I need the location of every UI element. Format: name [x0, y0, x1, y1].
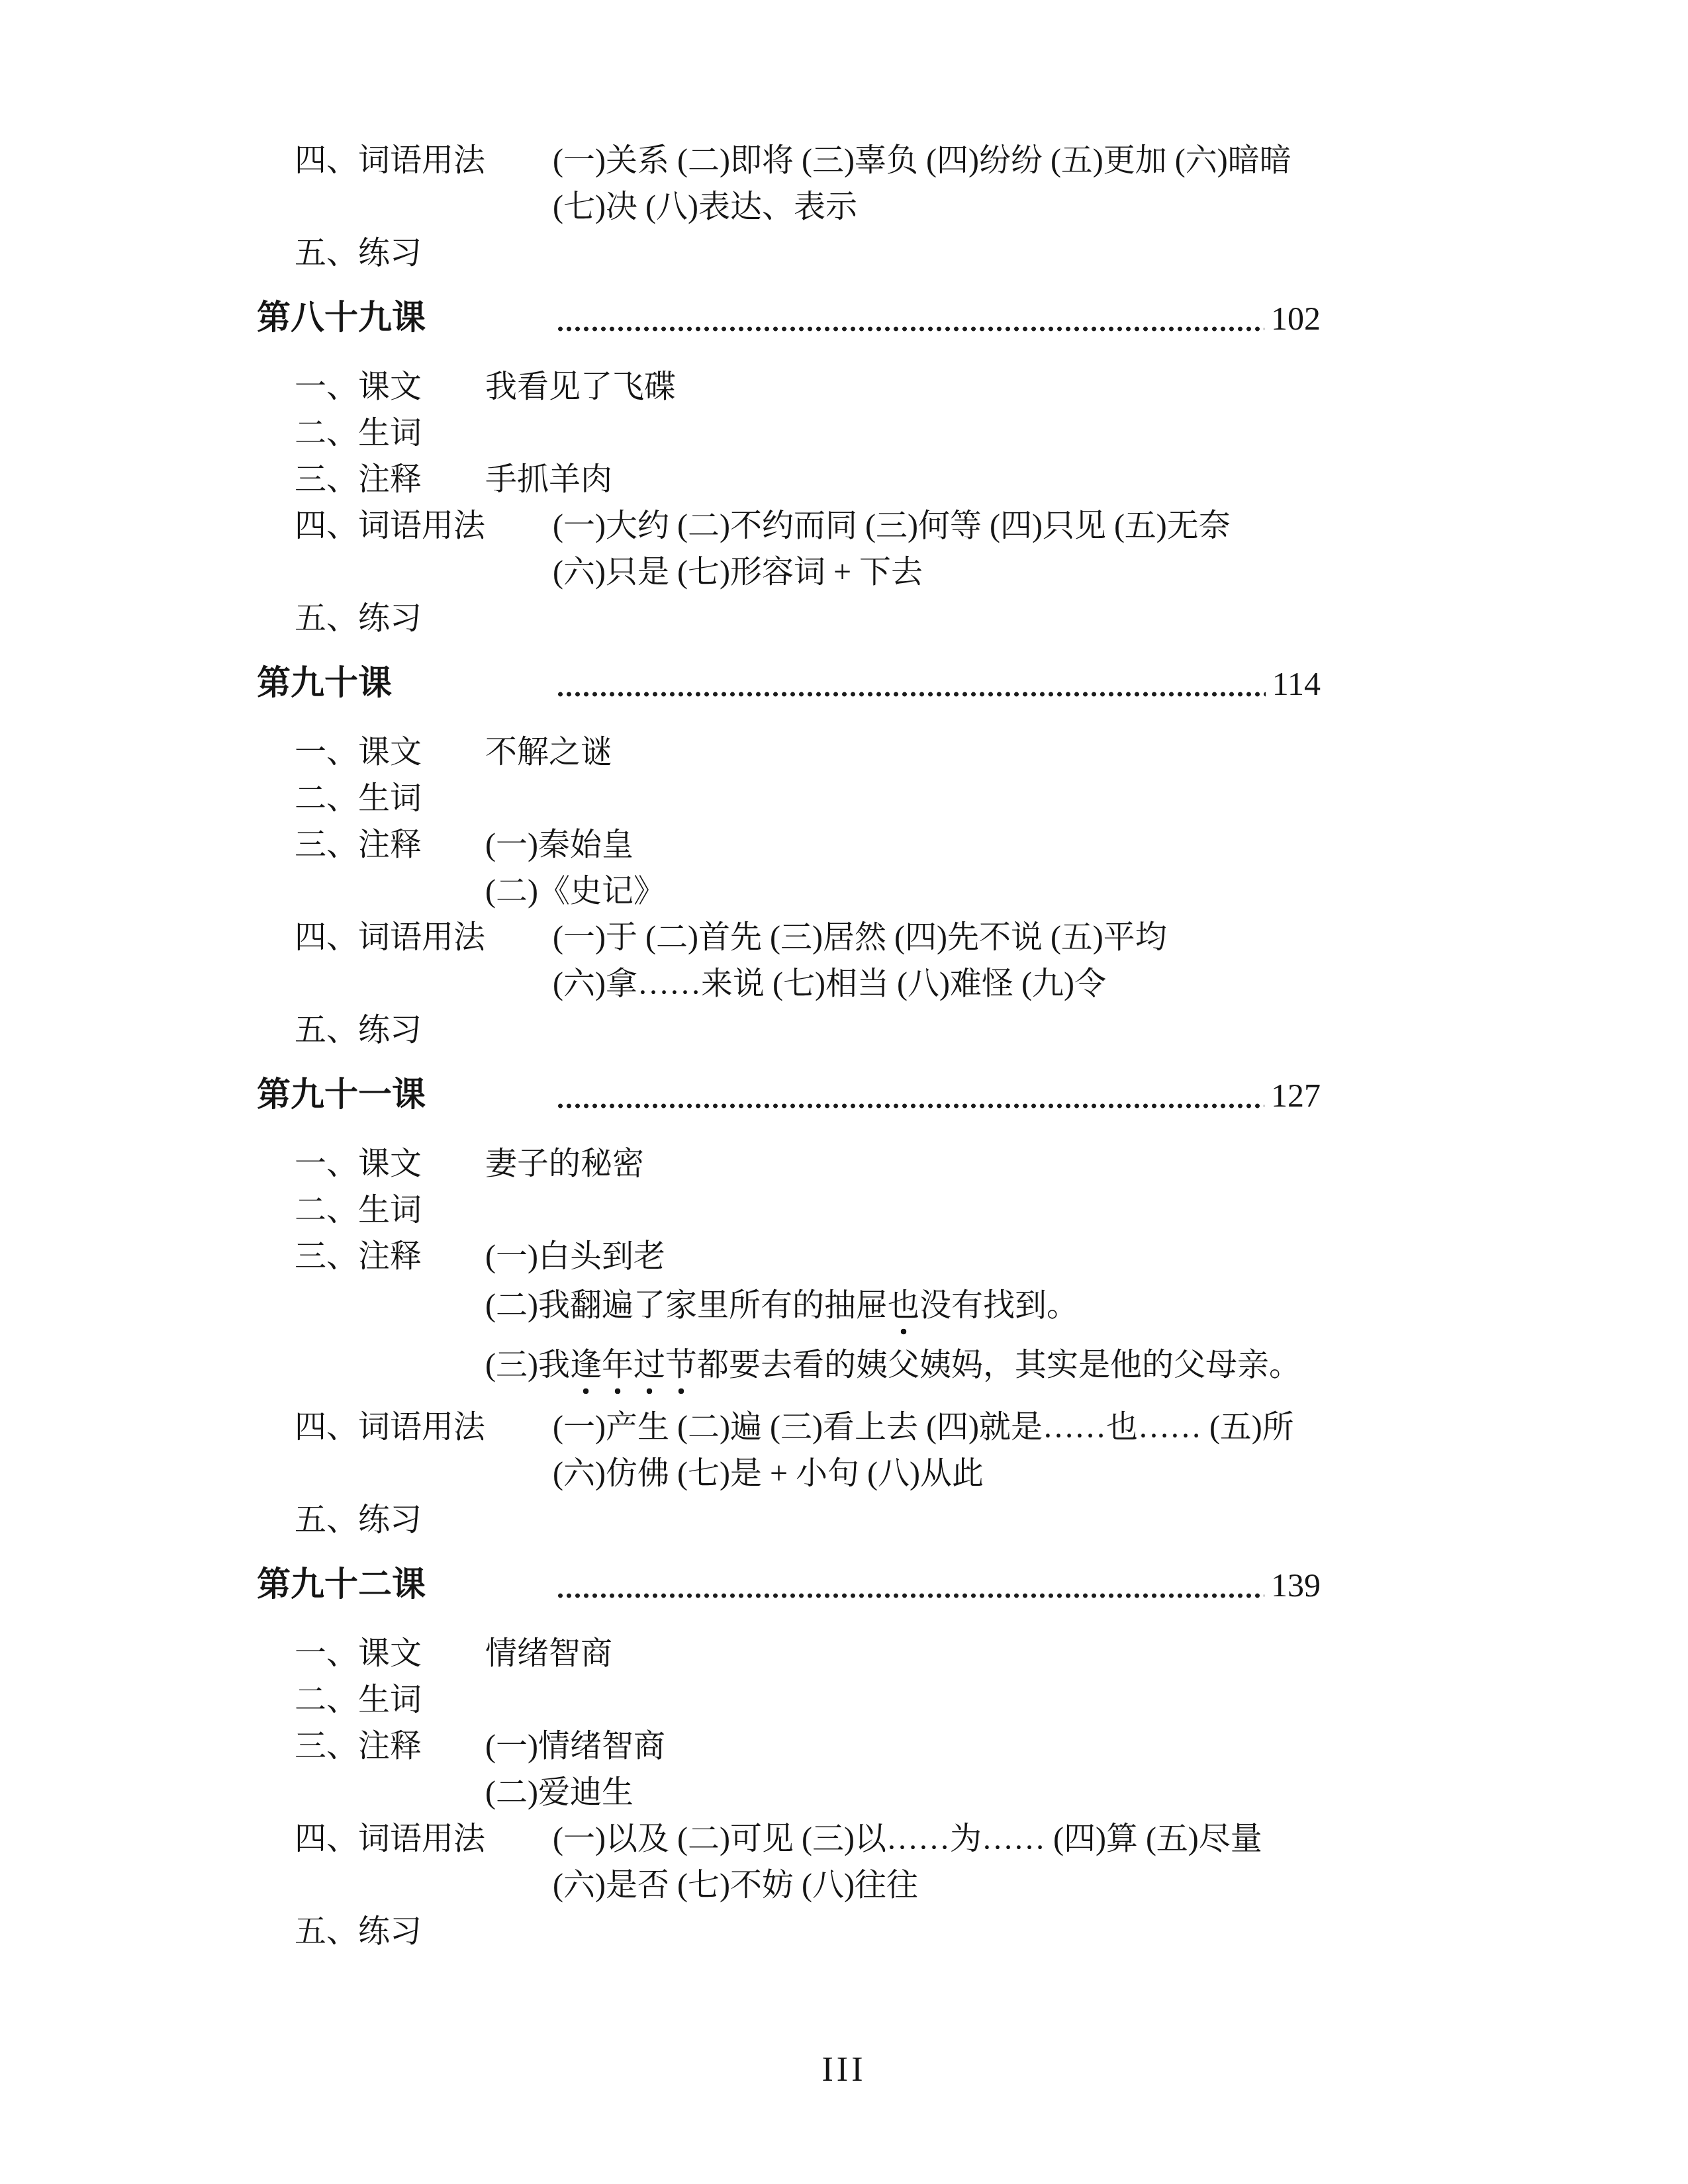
lesson-text-title: 我看见了飞碟: [485, 367, 1321, 408]
usage-content: (六)只是 (七)形容词 + 下去: [553, 555, 923, 590]
scanned-toc-page: 四、词语用法 (一)关系 (二)即将 (三)辜负 (四)纷纷 (五)更加 (六)…: [0, 0, 1688, 2184]
chapter-page-number: 114: [1272, 662, 1321, 705]
chapter-page-number: 139: [1271, 1563, 1321, 1607]
toc-row-usage-cont: (六)拿……来说 (七)相当 (八)难怪 (九)令: [257, 964, 1321, 1005]
usage-content: (六)是否 (七)不妨 (八)往往: [553, 1868, 918, 1903]
toc-row-vocab: 二、生词: [257, 1190, 1321, 1231]
toc-row-vocab: 二、生词: [257, 1680, 1321, 1721]
item-label: 三、注释: [295, 1726, 485, 1767]
chapter-title: 第九十课: [257, 662, 556, 705]
dot-leader: [556, 326, 1264, 332]
usage-content: (一)以及 (二)可见 (三)以……为…… (四)算 (五)尽量: [553, 1819, 1321, 1860]
toc-row-notes: 三、注释 (一)秦始皇: [257, 825, 1321, 866]
notes-sentence: (三)我逢年过节都要去看的姨父姨妈，其实是他的父母亲。: [485, 1347, 1301, 1383]
chapter-heading: 第九十一课 127: [257, 1073, 1321, 1117]
chapter-heading: 第八十九课 102: [257, 296, 1321, 340]
notes-content: (一)秦始皇: [485, 825, 1321, 866]
toc-row-notes-cont: (三)我逢年过节都要去看的姨父姨妈，其实是他的父母亲。: [257, 1345, 1321, 1395]
toc-row-usage-cont: (六)是否 (七)不妨 (八)往往: [257, 1865, 1321, 1906]
notes-sentence: (二)我翻遍了家里所有的抽屉也没有找到。: [485, 1288, 1078, 1323]
item-label: 一、课文: [295, 732, 485, 773]
chapter-heading: 第九十二课 139: [257, 1563, 1321, 1607]
toc-row-text: 一、课文 情绪智商: [257, 1633, 1321, 1674]
chapter-page-number: 127: [1271, 1073, 1321, 1117]
toc-row-usage: 四、词语用法 (一)大约 (二)不约而同 (三)何等 (四)只见 (五)无奈: [257, 506, 1321, 547]
chapter-title: 第九十一课: [257, 1073, 556, 1117]
dot-leader: [556, 1592, 1264, 1599]
toc-row-notes: 三、注释 (一)情绪智商: [257, 1726, 1321, 1767]
toc-row-usage-cont: (六)仿佛 (七)是 + 小句 (八)从此: [257, 1453, 1321, 1494]
dot-leader: [556, 691, 1266, 698]
notes-content: (一)白头到老: [485, 1236, 1321, 1277]
toc-row-usage-cont: (六)只是 (七)形容词 + 下去: [257, 552, 1321, 593]
item-label: 四、词语用法: [295, 917, 553, 958]
notes-content: (三)我: [485, 1347, 570, 1383]
notes-content: 都要去看的姨父姨妈，其实是他的父母亲。: [697, 1347, 1301, 1383]
toc-row-notes-cont: (二)爱迪生: [257, 1772, 1321, 1813]
usage-content: (一)大约 (二)不约而同 (三)何等 (四)只见 (五)无奈: [553, 506, 1321, 547]
toc-row-usage: 四、词语用法 (一)产生 (二)遍 (三)看上去 (四)就是……也…… (五)所: [257, 1407, 1321, 1448]
toc-content: 四、词语用法 (一)关系 (二)即将 (三)辜负 (四)纷纷 (五)更加 (六)…: [257, 140, 1321, 1958]
item-label: 四、词语用法: [295, 1407, 553, 1448]
toc-row-notes: 三、注释 (一)白头到老: [257, 1236, 1321, 1277]
notes-content: 没有找到。: [919, 1288, 1078, 1323]
item-label: 二、生词: [295, 778, 485, 819]
toc-row-usage: 四、词语用法 (一)关系 (二)即将 (三)辜负 (四)纷纷 (五)更加 (六)…: [257, 140, 1321, 181]
item-label: 四、词语用法: [295, 1819, 553, 1860]
lesson-text-title: 妻子的秘密: [485, 1144, 1321, 1185]
item-label: 二、生词: [295, 413, 485, 454]
item-label: 三、注释: [295, 1236, 485, 1277]
toc-row-vocab: 二、生词: [257, 778, 1321, 819]
chapter-heading: 第九十课 114: [257, 662, 1321, 705]
toc-row-notes: 三、注释 手抓羊肉: [257, 459, 1321, 500]
item-label: 二、生词: [295, 1190, 485, 1231]
toc-row-text: 一、课文 不解之谜: [257, 732, 1321, 773]
emphasized-text: 逢年过节: [570, 1345, 697, 1395]
chapter-title: 第九十二课: [257, 1563, 556, 1607]
notes-content: (一)情绪智商: [485, 1726, 1321, 1767]
item-label: 一、课文: [295, 367, 485, 408]
usage-content: (一)于 (二)首先 (三)居然 (四)先不说 (五)平均: [553, 917, 1321, 958]
emphasized-text: 也: [888, 1285, 919, 1336]
usage-content: (六)仿佛 (七)是 + 小句 (八)从此: [553, 1456, 984, 1491]
notes-content: (二)我翻遍了家里所有的抽屉: [485, 1288, 888, 1323]
usage-content: (一)关系 (二)即将 (三)辜负 (四)纷纷 (五)更加 (六)暗暗: [553, 140, 1321, 181]
item-label: 一、课文: [295, 1144, 485, 1185]
item-label: 一、课文: [295, 1633, 485, 1674]
toc-row-usage-cont: (七)决 (八)表达、表示: [257, 187, 1321, 228]
chapter-title: 第八十九课: [257, 296, 556, 340]
toc-row-usage: 四、词语用法 (一)于 (二)首先 (三)居然 (四)先不说 (五)平均: [257, 917, 1321, 958]
toc-row-exercise: 五、练习: [257, 233, 1321, 274]
notes-content: 手抓羊肉: [485, 459, 1321, 500]
notes-content: (二)爱迪生: [485, 1775, 633, 1810]
item-label: 四、词语用法: [295, 506, 553, 547]
lesson-text-title: 不解之谜: [485, 732, 1321, 773]
dot-leader: [556, 1103, 1264, 1109]
toc-row-notes-cont: (二)《史记》: [257, 871, 1321, 912]
item-label: 三、注释: [295, 825, 485, 866]
notes-content: (二)《史记》: [485, 874, 665, 909]
usage-content: (六)拿……来说 (七)相当 (八)难怪 (九)令: [553, 966, 1106, 1001]
item-label: 三、注释: [295, 459, 485, 500]
page-number: III: [0, 2050, 1688, 2089]
toc-row-exercise: 五、练习: [257, 1500, 1321, 1541]
toc-row-notes-cont: (二)我翻遍了家里所有的抽屉也没有找到。: [257, 1285, 1321, 1336]
toc-row-exercise: 五、练习: [257, 598, 1321, 639]
toc-row-exercise: 五、练习: [257, 1010, 1321, 1051]
toc-row-text: 一、课文 我看见了飞碟: [257, 367, 1321, 408]
usage-content: (七)决 (八)表达、表示: [553, 189, 857, 224]
item-label: 二、生词: [295, 1680, 485, 1721]
lesson-text-title: 情绪智商: [485, 1633, 1321, 1674]
item-label: 四、词语用法: [295, 140, 553, 181]
toc-row-usage: 四、词语用法 (一)以及 (二)可见 (三)以……为…… (四)算 (五)尽量: [257, 1819, 1321, 1860]
usage-content: (一)产生 (二)遍 (三)看上去 (四)就是……也…… (五)所: [553, 1407, 1321, 1448]
toc-row-exercise: 五、练习: [257, 1911, 1321, 1952]
chapter-page-number: 102: [1271, 296, 1321, 340]
toc-row-text: 一、课文 妻子的秘密: [257, 1144, 1321, 1185]
toc-row-vocab: 二、生词: [257, 413, 1321, 454]
